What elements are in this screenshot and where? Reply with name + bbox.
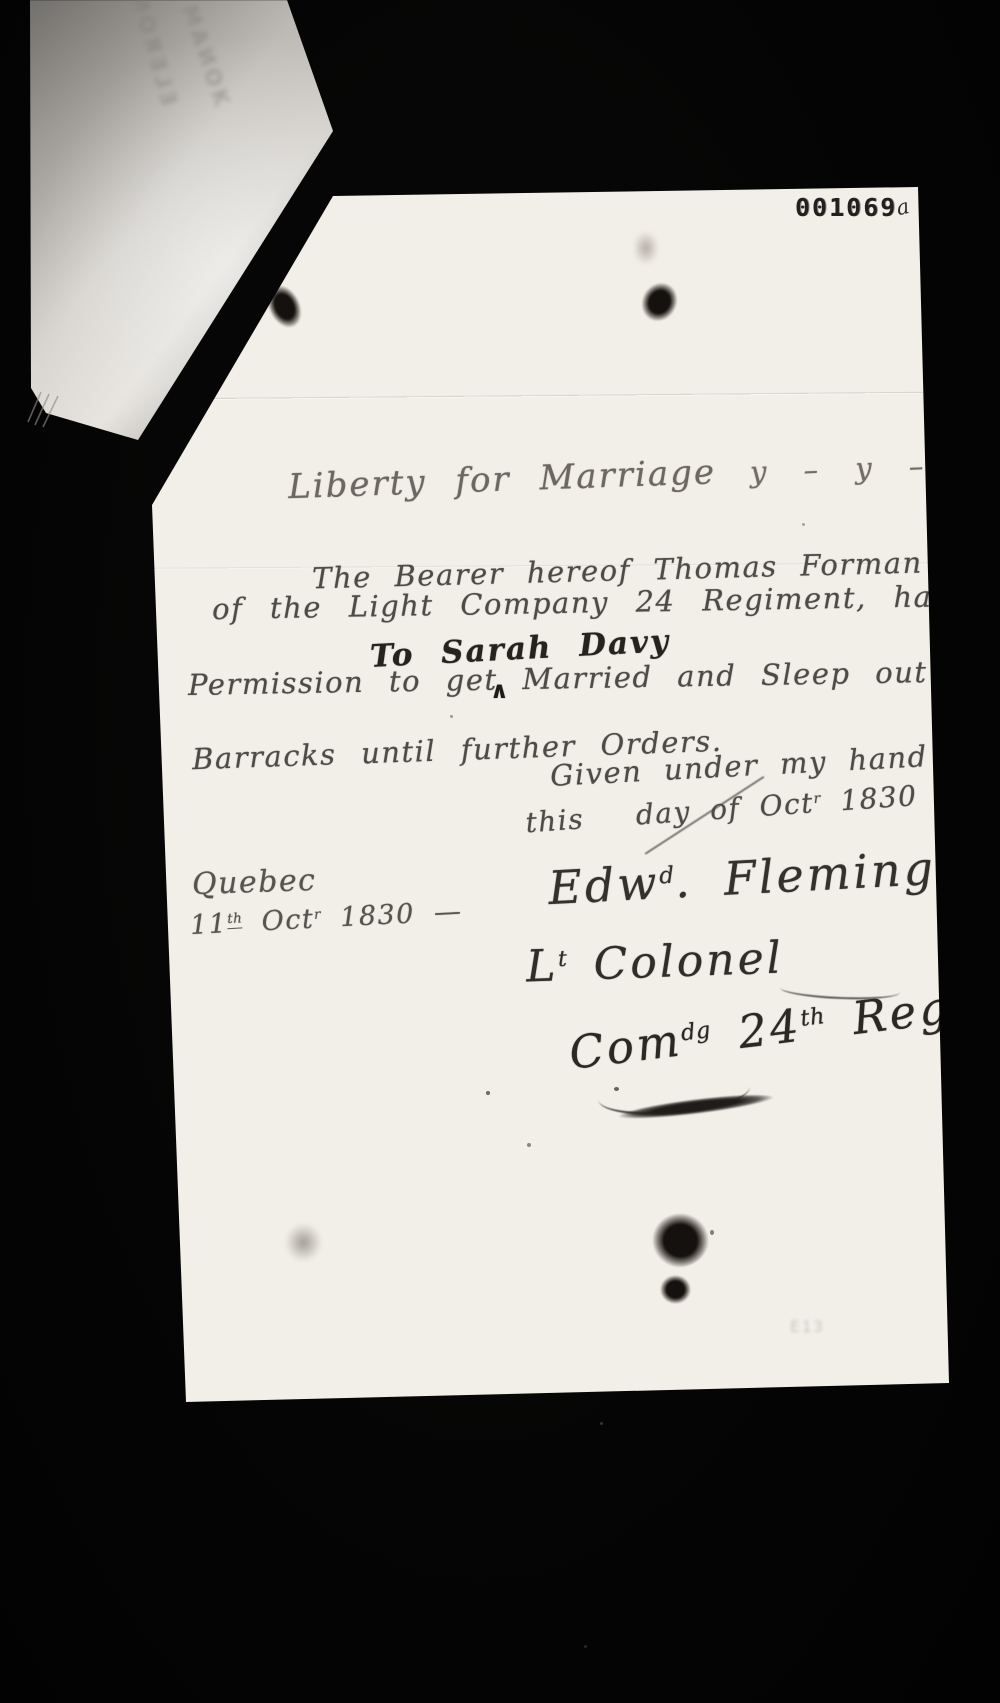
faint-ink-blot-bottom-left xyxy=(285,1223,322,1262)
dark-ink-blot-top xyxy=(635,276,685,328)
dust-speck xyxy=(486,1091,490,1095)
ghost-stamp-line-1: ИΟЯƎ⅃Ǝ xyxy=(127,0,183,112)
insertion-caret: ∧ xyxy=(490,677,510,704)
dateline-year: 1830 — xyxy=(339,896,463,933)
date-mid: day of Oct xyxy=(635,786,815,831)
date-year: 1830 — xyxy=(839,776,967,818)
dateline: 11th Octr 1830 — xyxy=(189,896,463,941)
command-regiment: Reg xyxy=(850,980,954,1045)
dust-speck xyxy=(802,523,805,526)
command-pre: Com xyxy=(566,1013,685,1079)
heading-text: Liberty for Marriage xyxy=(288,452,717,507)
signature-command: Comdg 24th Regt xyxy=(566,979,963,1080)
microfilm-frame: ИΟЯƎ⅃Ǝ ΜΑИΟΚ 001069a Liberty for Marriag… xyxy=(0,0,1000,1703)
faint-ink-blot-top xyxy=(633,231,659,265)
command-superscript-1: dg xyxy=(679,1017,712,1046)
ghost-stamp-line-2: ΜΑИΟΚ xyxy=(177,2,235,113)
document-page: 001069a Liberty for Marriagey – y – y Th… xyxy=(150,185,950,1405)
place-name: Quebec xyxy=(191,863,317,902)
film-dust-speck xyxy=(600,1422,603,1425)
letter-line-3: Permission to get Married and Sleep out … xyxy=(188,654,984,702)
paper-fold-line xyxy=(150,392,950,402)
large-ink-blot-bottom xyxy=(647,1208,714,1274)
rank-pre: L xyxy=(525,940,559,992)
letter-heading: Liberty for Marriagey – y – y xyxy=(288,443,984,507)
blank-day-space xyxy=(585,825,637,829)
signature-name-superscript: d xyxy=(659,863,676,890)
date-this: this xyxy=(524,802,585,839)
command-superscript-2: th xyxy=(799,1003,827,1032)
signature-name: Edwd. Fleming xyxy=(547,841,937,915)
rank-superscript: t xyxy=(558,947,568,972)
dust-speck xyxy=(527,1143,531,1147)
frame-number: 001069 xyxy=(795,193,897,222)
dust-speck xyxy=(450,715,453,718)
frame-number-stamp: 001069a xyxy=(795,193,910,222)
faint-bleedthrough-mark: E13 xyxy=(790,1317,825,1336)
signature-name-post: . Fleming xyxy=(673,841,937,909)
dust-speck xyxy=(614,1087,619,1091)
dateline-day-superscript: th xyxy=(227,911,243,930)
pencil-scribble xyxy=(22,380,78,430)
film-dust-speck xyxy=(584,1645,587,1648)
command-regiment-number: 24 xyxy=(735,999,804,1059)
date-superscript: r xyxy=(813,791,821,807)
command-superscript-3: t xyxy=(948,987,961,1014)
dark-ink-blot-left xyxy=(261,279,309,333)
signature-rank: Lt Colonel xyxy=(525,933,784,993)
heading-flourish-marks: y – y – y xyxy=(749,447,983,489)
rank-post: Colonel xyxy=(593,933,785,991)
dust-speck xyxy=(710,1230,714,1235)
signature-name-pre: Edw xyxy=(547,855,661,915)
dateline-month: Oct xyxy=(261,904,315,938)
dateline-month-superscript: r xyxy=(314,907,322,923)
small-ink-blot-bottom xyxy=(660,1275,691,1304)
dateline-day: 11 xyxy=(189,908,228,941)
